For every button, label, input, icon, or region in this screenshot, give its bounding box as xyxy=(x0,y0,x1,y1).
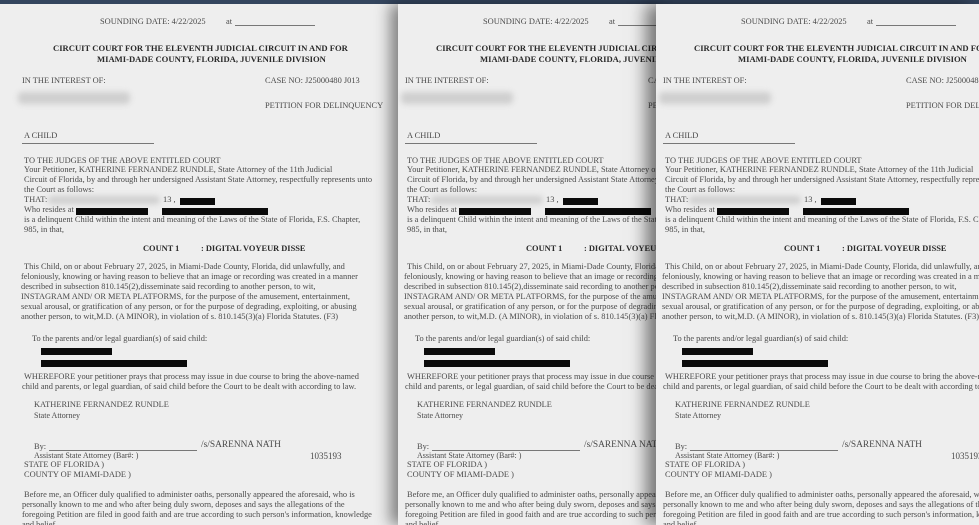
oath-line: personally known to me and who after bei… xyxy=(22,500,345,510)
count-body-line: another person, to wit,M.D. (A MINOR), i… xyxy=(662,312,979,322)
oath-line: Before me, an Officer duly qualified to … xyxy=(24,490,355,500)
redaction-bar xyxy=(41,360,187,367)
signature: /s/SARENNA NATH xyxy=(842,440,922,450)
at-underline xyxy=(876,25,956,26)
count-label: COUNT 1 xyxy=(784,244,820,254)
oath-line: personally known to me and who after bei… xyxy=(405,500,666,510)
resides-label: Who resides at xyxy=(665,205,715,215)
intro-line-3: the Court as follows: xyxy=(24,185,94,195)
petition-document: SOUNDING DATE: 4/22/2025 at CIRCUIT COUR… xyxy=(398,4,666,525)
blurred-name xyxy=(431,196,543,204)
a-child-label: A CHILD xyxy=(665,131,698,141)
count-body-line: INSTAGRAM AND/ OR META PLATFORMS, for th… xyxy=(662,292,979,302)
a-child-underline xyxy=(663,143,795,144)
in-interest-of: IN THE INTEREST OF: xyxy=(663,76,747,86)
count-body-line: described in subsection 810.145(2),disse… xyxy=(404,282,666,292)
count-body-line: described in subsection 810.145(2),disse… xyxy=(21,282,315,292)
redaction-bar xyxy=(424,348,495,355)
redaction-bar xyxy=(717,208,789,215)
count-title: : DIGITAL VOYEUR DISSE xyxy=(201,244,305,254)
signature: /s/SARENNA NATH xyxy=(201,440,281,450)
parents-label: To the parents and/or legal guardian(s) … xyxy=(415,334,590,344)
intro-line-3: the Court as follows: xyxy=(407,185,477,195)
redaction-bar xyxy=(424,360,570,367)
oath-line: Before me, an Officer duly qualified to … xyxy=(407,490,666,500)
oath-line: and belief. xyxy=(663,520,698,525)
intro-line-2: Circuit of Florida, by and through her u… xyxy=(407,175,666,185)
intro-line-1: Your Petitioner, KATHERINE FERNANDEZ RUN… xyxy=(24,165,332,175)
oath-line: Before me, an Officer duly qualified to … xyxy=(665,490,979,500)
blurred-child-name xyxy=(659,92,771,104)
blurred-name xyxy=(48,196,160,204)
oath-line: personally known to me and who after bei… xyxy=(663,500,979,510)
at-label: at xyxy=(226,17,232,27)
sounding-date: SOUNDING DATE: 4/22/2025 xyxy=(741,17,847,27)
count-body-line: sexual arousal, or gratification of any … xyxy=(21,302,357,312)
redaction-bar xyxy=(162,208,268,215)
document-page-left: SOUNDING DATE: 4/22/2025 at CIRCUIT COUR… xyxy=(0,4,405,525)
bar-number: 1035193 xyxy=(951,451,979,461)
count-body-line: sexual arousal, or gratification of any … xyxy=(404,302,666,312)
court-line-1: CIRCUIT COURT FOR THE ELEVENTH JUDICIAL … xyxy=(436,43,666,53)
blurred-child-name xyxy=(401,92,513,104)
oath-line: and belief. xyxy=(405,520,440,525)
count-body-line: This Child, on or about February 27, 202… xyxy=(407,262,666,272)
count-label: COUNT 1 xyxy=(143,244,179,254)
oath-line: foregoing Petition are filed in good fai… xyxy=(22,510,372,520)
count-body-line: This Child, on or about February 27, 202… xyxy=(24,262,345,272)
court-line-1: CIRCUIT COURT FOR THE ELEVENTH JUDICIAL … xyxy=(53,43,348,53)
that-suffix: 13 , xyxy=(163,195,176,205)
delinquent-line-2: 985, in that, xyxy=(24,225,64,235)
wherefore-line-2: child and parents, or legal guardian, of… xyxy=(405,382,666,392)
court-line-2: MIAMI-DADE COUNTY, FLORIDA, JUVENILE DIV… xyxy=(738,54,967,64)
in-interest-of: IN THE INTEREST OF: xyxy=(405,76,489,86)
delinquent-line-2: 985, in that, xyxy=(665,225,705,235)
redaction-bar xyxy=(459,208,531,215)
that-suffix: 13 , xyxy=(546,195,559,205)
parents-label: To the parents and/or legal guardian(s) … xyxy=(673,334,848,344)
state-line: STATE OF FLORIDA ) xyxy=(407,460,487,470)
attorney-name: KATHERINE FERNANDEZ RUNDLE xyxy=(675,400,810,410)
redaction-bar xyxy=(803,208,909,215)
redaction-bar xyxy=(563,198,598,205)
wherefore-line-2: child and parents, or legal guardian, of… xyxy=(22,382,356,392)
delinquent-line-1: is a delinquent Child within the intent … xyxy=(665,215,979,225)
count-body-line: This Child, on or about February 27, 202… xyxy=(665,262,979,272)
resides-label: Who resides at xyxy=(24,205,74,215)
at-label: at xyxy=(867,17,873,27)
blurred-child-name xyxy=(18,92,130,104)
count-body-line: feloniously, knowing or having reason to… xyxy=(662,272,979,282)
that-label: THAT: xyxy=(24,195,47,205)
petition-title: PETITION FOR DELINQUENCY xyxy=(265,101,383,111)
delinquent-line-1: is a delinquent Child within the intent … xyxy=(24,215,360,225)
redaction-bar xyxy=(682,348,753,355)
redaction-bar xyxy=(76,208,148,215)
count-body-line: another person, to wit,M.D. (A MINOR), i… xyxy=(21,312,338,322)
parents-label: To the parents and/or legal guardian(s) … xyxy=(32,334,207,344)
a-child-label: A CHILD xyxy=(407,131,440,141)
count-label: COUNT 1 xyxy=(526,244,562,254)
in-interest-of: IN THE INTEREST OF: xyxy=(22,76,106,86)
oath-line: foregoing Petition are filed in good fai… xyxy=(405,510,666,520)
attorney-name: KATHERINE FERNANDEZ RUNDLE xyxy=(417,400,552,410)
count-body-line: described in subsection 810.145(2),disse… xyxy=(662,282,956,292)
intro-line-1: Your Petitioner, KATHERINE FERNANDEZ RUN… xyxy=(665,165,973,175)
intro-line-1: Your Petitioner, KATHERINE FERNANDEZ RUN… xyxy=(407,165,666,175)
count-body-line: sexual arousal, or gratification of any … xyxy=(662,302,979,312)
oath-line: foregoing Petition are filed in good fai… xyxy=(663,510,979,520)
attorney-title: State Attorney xyxy=(34,411,80,421)
signature: /s/SARENNA NATH xyxy=(584,440,664,450)
bar-number: 1035193 xyxy=(310,451,342,461)
wherefore-line-1: WHEREFORE your petitioner prays that pro… xyxy=(665,372,979,382)
wherefore-line-1: WHEREFORE your petitioner prays that pro… xyxy=(407,372,666,382)
that-suffix: 13 , xyxy=(804,195,817,205)
court-line-1: CIRCUIT COURT FOR THE ELEVENTH JUDICIAL … xyxy=(694,43,979,53)
a-child-underline xyxy=(405,143,537,144)
case-number: CASE NO: J25000480 J013 xyxy=(265,76,360,86)
blurred-name xyxy=(689,196,801,204)
oath-line: and belief. xyxy=(22,520,57,525)
state-line: STATE OF FLORIDA ) xyxy=(24,460,104,470)
county-line: COUNTY OF MIAMI-DADE ) xyxy=(407,470,514,480)
case-number: CASE NO: J25000480 J013 xyxy=(906,76,979,86)
court-line-2: MIAMI-DADE COUNTY, FLORIDA, JUVENILE DIV… xyxy=(480,54,666,64)
delinquent-line-1: is a delinquent Child within the intent … xyxy=(407,215,666,225)
court-line-2: MIAMI-DADE COUNTY, FLORIDA, JUVENILE DIV… xyxy=(97,54,326,64)
attorney-name: KATHERINE FERNANDEZ RUNDLE xyxy=(34,400,169,410)
redaction-bar xyxy=(180,198,215,205)
attorney-title: State Attorney xyxy=(675,411,721,421)
resides-label: Who resides at xyxy=(407,205,457,215)
that-label: THAT: xyxy=(665,195,688,205)
a-child-label: A CHILD xyxy=(24,131,57,141)
intro-line-2: Circuit of Florida, by and through her u… xyxy=(24,175,372,185)
that-label: THAT: xyxy=(407,195,430,205)
petition-document: SOUNDING DATE: 4/22/2025 at CIRCUIT COUR… xyxy=(656,4,979,525)
at-label: at xyxy=(609,17,615,27)
redaction-bar xyxy=(545,208,651,215)
document-page-right: SOUNDING DATE: 4/22/2025 at CIRCUIT COUR… xyxy=(656,4,979,525)
redaction-bar xyxy=(682,360,828,367)
intro-line-3: the Court as follows: xyxy=(665,185,735,195)
count-body-line: feloniously, knowing or having reason to… xyxy=(404,272,666,282)
redaction-bar xyxy=(41,348,112,355)
wherefore-line-1: WHEREFORE your petitioner prays that pro… xyxy=(24,372,359,382)
at-underline xyxy=(235,25,315,26)
count-body-line: feloniously, knowing or having reason to… xyxy=(21,272,358,282)
count-title: : DIGITAL VOYEUR DISSE xyxy=(584,244,666,254)
sounding-date: SOUNDING DATE: 4/22/2025 xyxy=(100,17,206,27)
count-body-line: INSTAGRAM AND/ OR META PLATFORMS, for th… xyxy=(404,292,666,302)
petition-document: SOUNDING DATE: 4/22/2025 at CIRCUIT COUR… xyxy=(0,4,405,525)
county-line: COUNTY OF MIAMI-DADE ) xyxy=(665,470,772,480)
wherefore-line-2: child and parents, or legal guardian, of… xyxy=(663,382,979,392)
petition-title: PETITION FOR DELINQUENCY xyxy=(906,101,979,111)
redaction-bar xyxy=(821,198,856,205)
intro-line-2: Circuit of Florida, by and through her u… xyxy=(665,175,979,185)
a-child-underline xyxy=(22,143,154,144)
county-line: COUNTY OF MIAMI-DADE ) xyxy=(24,470,131,480)
count-title: : DIGITAL VOYEUR DISSE xyxy=(842,244,946,254)
count-body-line: INSTAGRAM AND/ OR META PLATFORMS, for th… xyxy=(21,292,350,302)
sounding-date: SOUNDING DATE: 4/22/2025 xyxy=(483,17,589,27)
count-body-line: another person, to wit,M.D. (A MINOR), i… xyxy=(404,312,666,322)
document-page-middle: SOUNDING DATE: 4/22/2025 at CIRCUIT COUR… xyxy=(398,4,666,525)
attorney-title: State Attorney xyxy=(417,411,463,421)
delinquent-line-2: 985, in that, xyxy=(407,225,447,235)
state-line: STATE OF FLORIDA ) xyxy=(665,460,745,470)
